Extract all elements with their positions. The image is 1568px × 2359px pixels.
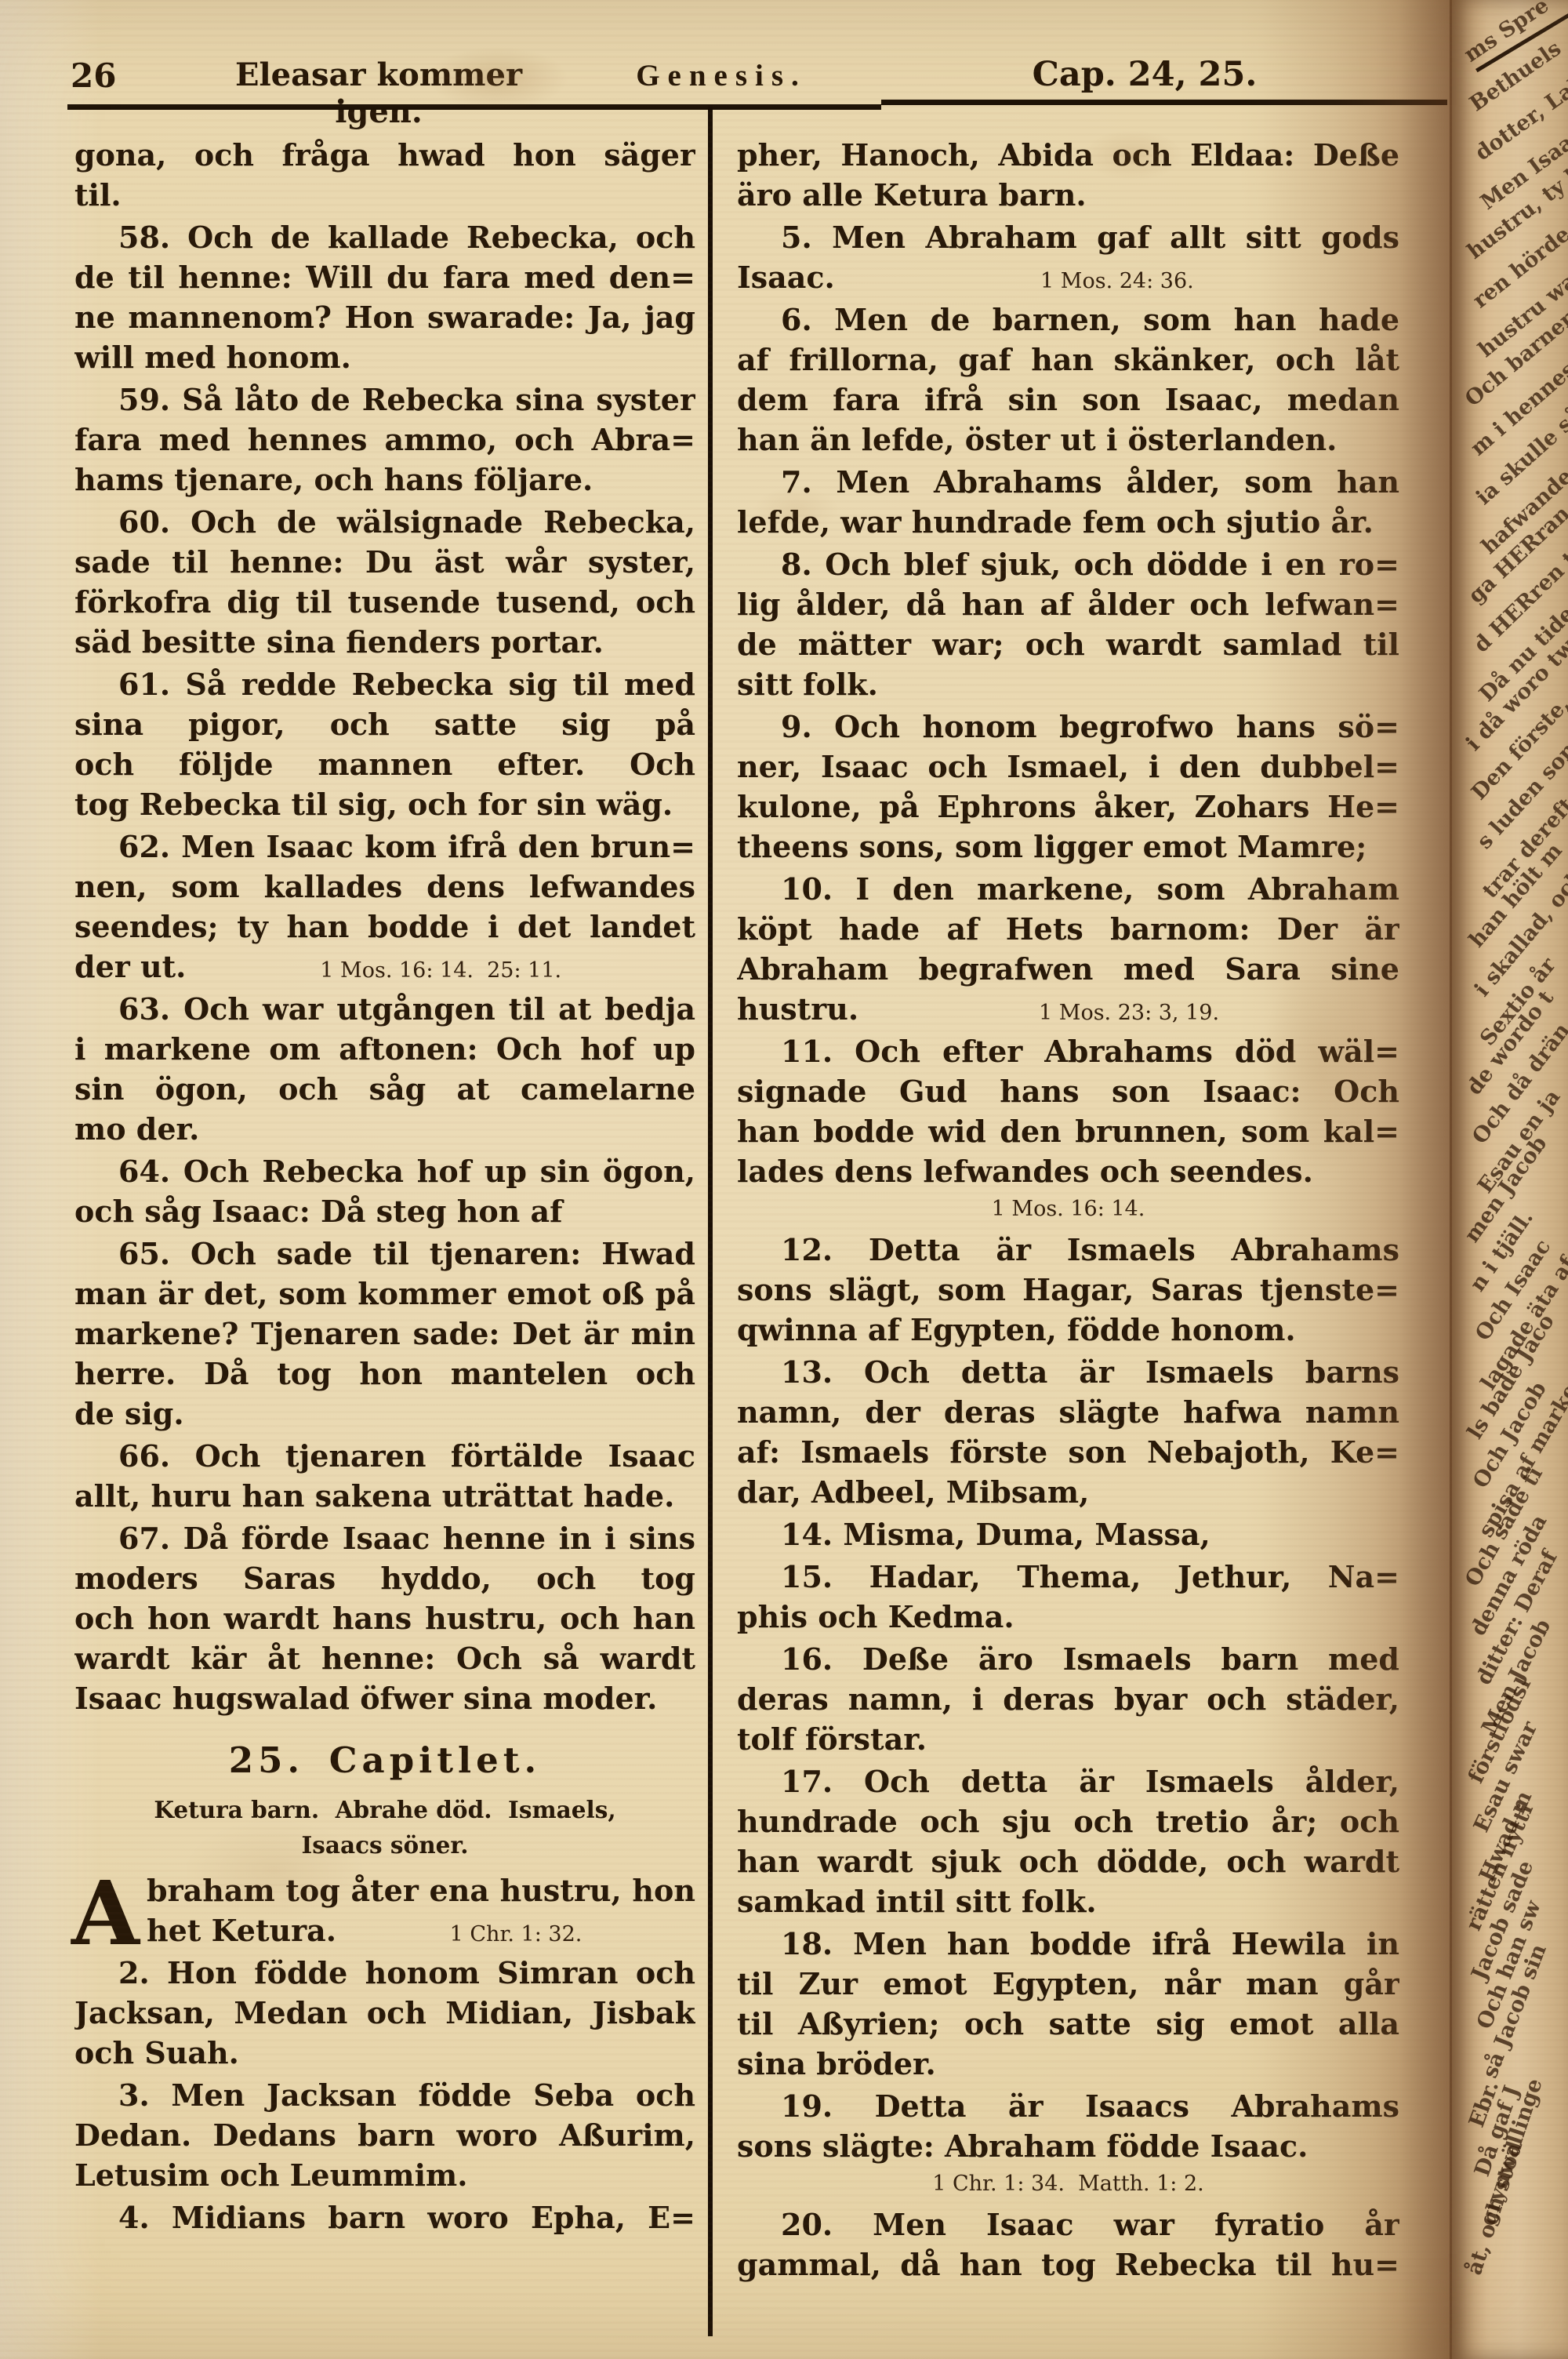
text-line: 66. Och tjenaren förtälde Isaac [74, 1436, 695, 1476]
text-line: de sig. [74, 1394, 695, 1434]
text-line: de til henne: Will du fara med den= [74, 257, 695, 297]
text-line: och Suah. [74, 2033, 695, 2073]
verse-paragraph: 20. Men Isaac war fyratio årgammal, då h… [737, 2205, 1399, 2284]
text-line: hams tjenare, och hans följare. [74, 460, 695, 500]
text-line: de mätter war; och wardt samlad til [737, 624, 1399, 664]
text-line: til Aßyrien; och satte sig emot alla [737, 2004, 1399, 2044]
verse-text: der ut. [74, 947, 186, 987]
text-line: dem fara ifrå sin son Isaac, medan [737, 380, 1399, 420]
text-line: markene? Tjenaren sade: Det är min [74, 1314, 695, 1354]
text-line: herre. Då tog hon mantelen och hölj= [74, 1354, 695, 1394]
left-text-column: gona, och fråga hwad hon säger der=til.5… [74, 135, 695, 2237]
text-line: moders Saras hyddo, och tog Rebecka, [74, 1558, 695, 1598]
verse-text: het Ketura. [147, 1910, 336, 1950]
text-line: Abraham begrafwen med Sara sine [737, 949, 1399, 989]
verse-paragraph: 62. Men Isaac kom ifrå den brun=nen, som… [74, 827, 695, 987]
text-line: förkofra dig til tusende tusend, och din [74, 582, 695, 622]
text-line: sina bröder. [737, 2044, 1399, 2084]
verse-paragraph: 67. Då förde Isaac henne in i sinsmoders… [74, 1518, 695, 1718]
scripture-reference: 1 Mos. 24: 36. [1040, 261, 1194, 297]
text-line: 13. Och detta är Ismaels barns [737, 1352, 1399, 1392]
text-line: 19. Detta är Isaacs Abrahams [737, 2086, 1399, 2126]
text-line: i markene om aftonen: Och hof up [74, 1029, 695, 1069]
verse-paragraph: gona, och fråga hwad hon säger der=til. [74, 135, 695, 215]
verse-paragraph: 60. Och de wälsignade Rebecka, ochsade t… [74, 502, 695, 662]
text-line: 67. Då förde Isaac henne in i sins [74, 1518, 695, 1558]
text-line: hustru.1 Mos. 23: 3, 19. [737, 989, 1399, 1029]
text-line: 59. Så låto de Rebecka sina syster [74, 380, 695, 420]
text-line: han wardt sjuk och dödde, och wardt [737, 1841, 1399, 1881]
scripture-reference: 1 Mos. 23: 3, 19. [1039, 993, 1219, 1029]
text-line: sin ögon, och såg at camelarne kom= [74, 1069, 695, 1109]
text-line: sons slägt, som Hagar, Saras tjenste= [737, 1270, 1399, 1310]
text-line: der ut.1 Mos. 16: 14. 25: 11. [74, 947, 695, 987]
scripture-reference: 1 Mos. 16: 14. [737, 1191, 1399, 1227]
text-line: 58. Och de kallade Rebecka, och sa= [74, 217, 695, 257]
text-line: lades dens lefwandes och seendes. [737, 1151, 1399, 1191]
text-line: 60. Och de wälsignade Rebecka, och [74, 502, 695, 542]
verse-paragraph: 2. Hon födde honom Simran ochJacksan, Me… [74, 1953, 695, 2073]
text-line: 64. Och Rebecka hof up sin ögon, [74, 1151, 695, 1191]
chapter-range: Cap. 24, 25. [984, 55, 1305, 94]
right-text-column: pher, Hanoch, Abida och Eldaa: Deßeäro a… [737, 135, 1399, 2284]
verse-paragraph: 59. Så låto de Rebecka sina systerfara m… [74, 380, 695, 500]
text-line: och hon wardt hans hustru, och han [74, 1598, 695, 1638]
text-line: 11. Och efter Abrahams död wäl= [737, 1031, 1399, 1071]
text-line: tolf förstar. [737, 1719, 1399, 1759]
chapter-heading: 25. Capitlet. [74, 1736, 695, 1786]
text-line: han än lefde, öster ut i österlanden. [737, 420, 1399, 460]
text-line: och följde mannen efter. Och tjenaren [74, 744, 695, 784]
verse-paragraph: 7. Men Abrahams ålder, som hanlefde, war… [737, 462, 1399, 542]
text-line: 62. Men Isaac kom ifrå den brun= [74, 827, 695, 867]
text-line: sina pigor, och satte sig på camelarna, [74, 704, 695, 744]
text-line: gona, och fråga hwad hon säger der= [74, 135, 695, 175]
chapter-summary-line: Ketura barn. Abrahe död. Ismaels, [74, 1792, 695, 1827]
text-line: 9. Och honom begrofwo hans sö= [737, 707, 1399, 747]
text-line: gammal, då han tog Rebecka til hu= [737, 2245, 1399, 2284]
text-line: 16. Deße äro Ismaels barn med [737, 1639, 1399, 1679]
book-title: Genesis. [596, 58, 847, 93]
verse-paragraph: 58. Och de kallade Rebecka, och sa=de ti… [74, 217, 695, 377]
running-head: Eleasar kommer igen. [194, 56, 563, 130]
text-line: 17. Och detta är Ismaels ålder, [737, 1761, 1399, 1801]
verse-paragraph: 14. Misma, Duma, Massa, [737, 1514, 1399, 1554]
book-photo: 26 Eleasar kommer igen. Genesis. Cap. 24… [0, 0, 1568, 2359]
text-line: 5. Men Abraham gaf allt sitt gods [737, 217, 1399, 257]
verse-paragraph: 13. Och detta är Ismaels barnsnamn, der … [737, 1352, 1399, 1512]
chapter-summary-line: Isaacs söner. [74, 1827, 695, 1863]
text-line: allt, huru han sakena uträttat hade. [74, 1476, 695, 1516]
verse-paragraph: 17. Och detta är Ismaels ålder,hundrade … [737, 1761, 1399, 1921]
text-line: 18. Men han bodde ifrå Hewila in [737, 1924, 1399, 1964]
text-line: sitt folk. [737, 664, 1399, 704]
verse-paragraph: 4. Midians barn woro Epha, E= [74, 2197, 695, 2237]
text-line: ne mannenom? Hon swarade: Ja, jag [74, 297, 695, 337]
text-line: fara med hennes ammo, och Abra= [74, 420, 695, 460]
text-line: 20. Men Isaac war fyratio år [737, 2205, 1399, 2245]
text-line: och såg Isaac: Då steg hon af camelen, [74, 1191, 695, 1231]
text-line: 14. Misma, Duma, Massa, [737, 1514, 1399, 1554]
text-line: han bodde wid den brunnen, som kal= [737, 1111, 1399, 1151]
header-rule-left [67, 104, 881, 110]
text-line: pher, Hanoch, Abida och Eldaa: Deße [737, 135, 1399, 175]
text-line: wardt kär åt henne: Och så wardt [74, 1638, 695, 1678]
text-line: köpt hade af Hets barnom: Der är [737, 909, 1399, 949]
text-line: af frillorna, gaf han skänker, och låt [737, 340, 1399, 380]
text-line: 7. Men Abrahams ålder, som han [737, 462, 1399, 502]
text-line: mo der. [74, 1109, 695, 1149]
text-line: phis och Kedma. [737, 1597, 1399, 1637]
verse-text: hustru. [737, 989, 858, 1029]
verse-paragraph: 3. Men Jacksan födde Seba ochDedan. Deda… [74, 2075, 695, 2195]
text-line: 6. Men de barnen, som han hade [737, 300, 1399, 340]
text-line: samkad intil sitt folk. [737, 1881, 1399, 1921]
text-line: ner, Isaac och Ismael, i den dubbel= [737, 747, 1399, 787]
scripture-reference: 1 Chr. 1: 32. [450, 1914, 583, 1950]
text-line: 8. Och blef sjuk, och dödde i en ro= [737, 544, 1399, 584]
verse-paragraph: 64. Och Rebecka hof up sin ögon,och såg … [74, 1151, 695, 1231]
text-line: man är det, som kommer emot oß på [74, 1274, 695, 1314]
header-rule-right [881, 100, 1447, 105]
verse-paragraph: 11. Och efter Abrahams död wäl=signade G… [737, 1031, 1399, 1191]
verse-paragraph: 66. Och tjenaren förtälde Isaacallt, hur… [74, 1436, 695, 1516]
verse-paragraph: 61. Så redde Rebecka sig til medsina pig… [74, 664, 695, 824]
text-line: signade Gud hans son Isaac: Och [737, 1071, 1399, 1111]
verse-paragraph: 18. Men han bodde ifrå Hewila intil Zur … [737, 1924, 1399, 2084]
text-line: af: Ismaels förste son Nebajoth, Ke= [737, 1432, 1399, 1472]
verse-paragraph: 63. Och war utgången til at bedjai marke… [74, 989, 695, 1149]
text-line: säd besitte sina fienders portar. [74, 622, 695, 662]
verse-paragraph: 15. Hadar, Thema, Jethur, Na=phis och Ke… [737, 1557, 1399, 1637]
column-divider [708, 105, 713, 2336]
facing-page-edge: ms SpreBethuelsdotter, LabansMen Isaac b… [1450, 0, 1568, 2359]
text-line: Isaac hugswalad öfwer sina moder. [74, 1678, 695, 1718]
text-line: Dedan. Dedans barn woro Aßurim, [74, 2115, 695, 2155]
verse-paragraph: 6. Men de barnen, som han hadeaf frillor… [737, 300, 1399, 460]
text-line: til Zur emot Egypten, når man går [737, 1964, 1399, 2004]
verse-paragraph: 16. Deße äro Ismaels barn medderas namn,… [737, 1639, 1399, 1759]
text-line: 65. Och sade til tjenaren: Hwad [74, 1234, 695, 1274]
text-line: 2. Hon födde honom Simran och [74, 1953, 695, 1993]
verse-paragraph: 5. Men Abraham gaf allt sitt godsIsaac.1… [737, 217, 1399, 297]
text-line: Letusim och Leummim. [74, 2155, 695, 2195]
scripture-reference: 1 Mos. 16: 14. 25: 11. [320, 951, 561, 987]
text-line: seendes; ty han bodde i det landet sö= [74, 907, 695, 947]
text-line: tog Rebecka til sig, och for sin wäg. [74, 784, 695, 824]
text-line: 12. Detta är Ismaels Abrahams [737, 1230, 1399, 1270]
verse-paragraph: 65. Och sade til tjenaren: Hwadman är de… [74, 1234, 695, 1434]
text-line: äro alle Ketura barn. [737, 175, 1399, 215]
scripture-reference: 1 Chr. 1: 34. Matth. 1: 2. [737, 2166, 1399, 2202]
text-line: Isaac.1 Mos. 24: 36. [737, 257, 1399, 297]
text-line: will med honom. [74, 337, 695, 377]
text-line: het Ketura.1 Chr. 1: 32. [147, 1910, 695, 1950]
text-line: hundrade och sju och tretio år; och [737, 1801, 1399, 1841]
text-line: qwinna af Egypten, födde honom. [737, 1310, 1399, 1350]
text-line: theens sons, som ligger emot Mamre; [737, 827, 1399, 867]
text-line: 10. I den markene, som Abraham [737, 869, 1399, 909]
text-line: 4. Midians barn woro Epha, E= [74, 2197, 695, 2237]
text-line: sons slägte: Abraham födde Isaac. [737, 2126, 1399, 2166]
text-line: namn, der deras slägte hafwa namn [737, 1392, 1399, 1432]
verse-with-drop-cap: Abraham tog åter ena hustru, honhet Ketu… [74, 1870, 695, 1950]
text-line: lig ålder, då han af ålder och lefwan= [737, 584, 1399, 624]
verse-paragraph: 8. Och blef sjuk, och dödde i en ro=lig … [737, 544, 1399, 704]
text-line: deras namn, i deras byar och städer, [737, 1679, 1399, 1719]
page-number: 26 [71, 56, 116, 95]
text-line: til. [74, 175, 695, 215]
verse-text: Isaac. [737, 257, 835, 297]
text-line: 61. Så redde Rebecka sig til med [74, 664, 695, 704]
text-line: braham tog åter ena hustru, hon [147, 1870, 695, 1910]
drop-cap-initial: A [71, 1875, 140, 1954]
text-line: dar, Adbeel, Mibsam, [737, 1472, 1399, 1512]
verse-paragraph: 9. Och honom begrofwo hans sö=ner, Isaac… [737, 707, 1399, 867]
text-line: lefde, war hundrade fem och sjutio år. [737, 502, 1399, 542]
verse-paragraph: 10. I den markene, som Abrahamköpt hade … [737, 869, 1399, 1029]
text-line: nen, som kallades dens lefwandes och [74, 867, 695, 907]
verse-paragraph: pher, Hanoch, Abida och Eldaa: Deßeäro a… [737, 135, 1399, 215]
text-line: 15. Hadar, Thema, Jethur, Na= [737, 1557, 1399, 1597]
verse-paragraph: 12. Detta är Ismaels Abrahamssons slägt,… [737, 1230, 1399, 1350]
book-page: 26 Eleasar kommer igen. Genesis. Cap. 24… [0, 0, 1450, 2359]
text-line: sade til henne: Du äst wår syster, [74, 542, 695, 582]
verse-paragraph: 19. Detta är Isaacs Abrahamssons slägte:… [737, 2086, 1399, 2166]
text-line: Jacksan, Medan och Midian, Jisbak [74, 1993, 695, 2033]
text-line: kulone, på Ephrons åker, Zohars He= [737, 787, 1399, 827]
text-line: 3. Men Jacksan födde Seba och [74, 2075, 695, 2115]
text-line: 63. Och war utgången til at bedja [74, 989, 695, 1029]
